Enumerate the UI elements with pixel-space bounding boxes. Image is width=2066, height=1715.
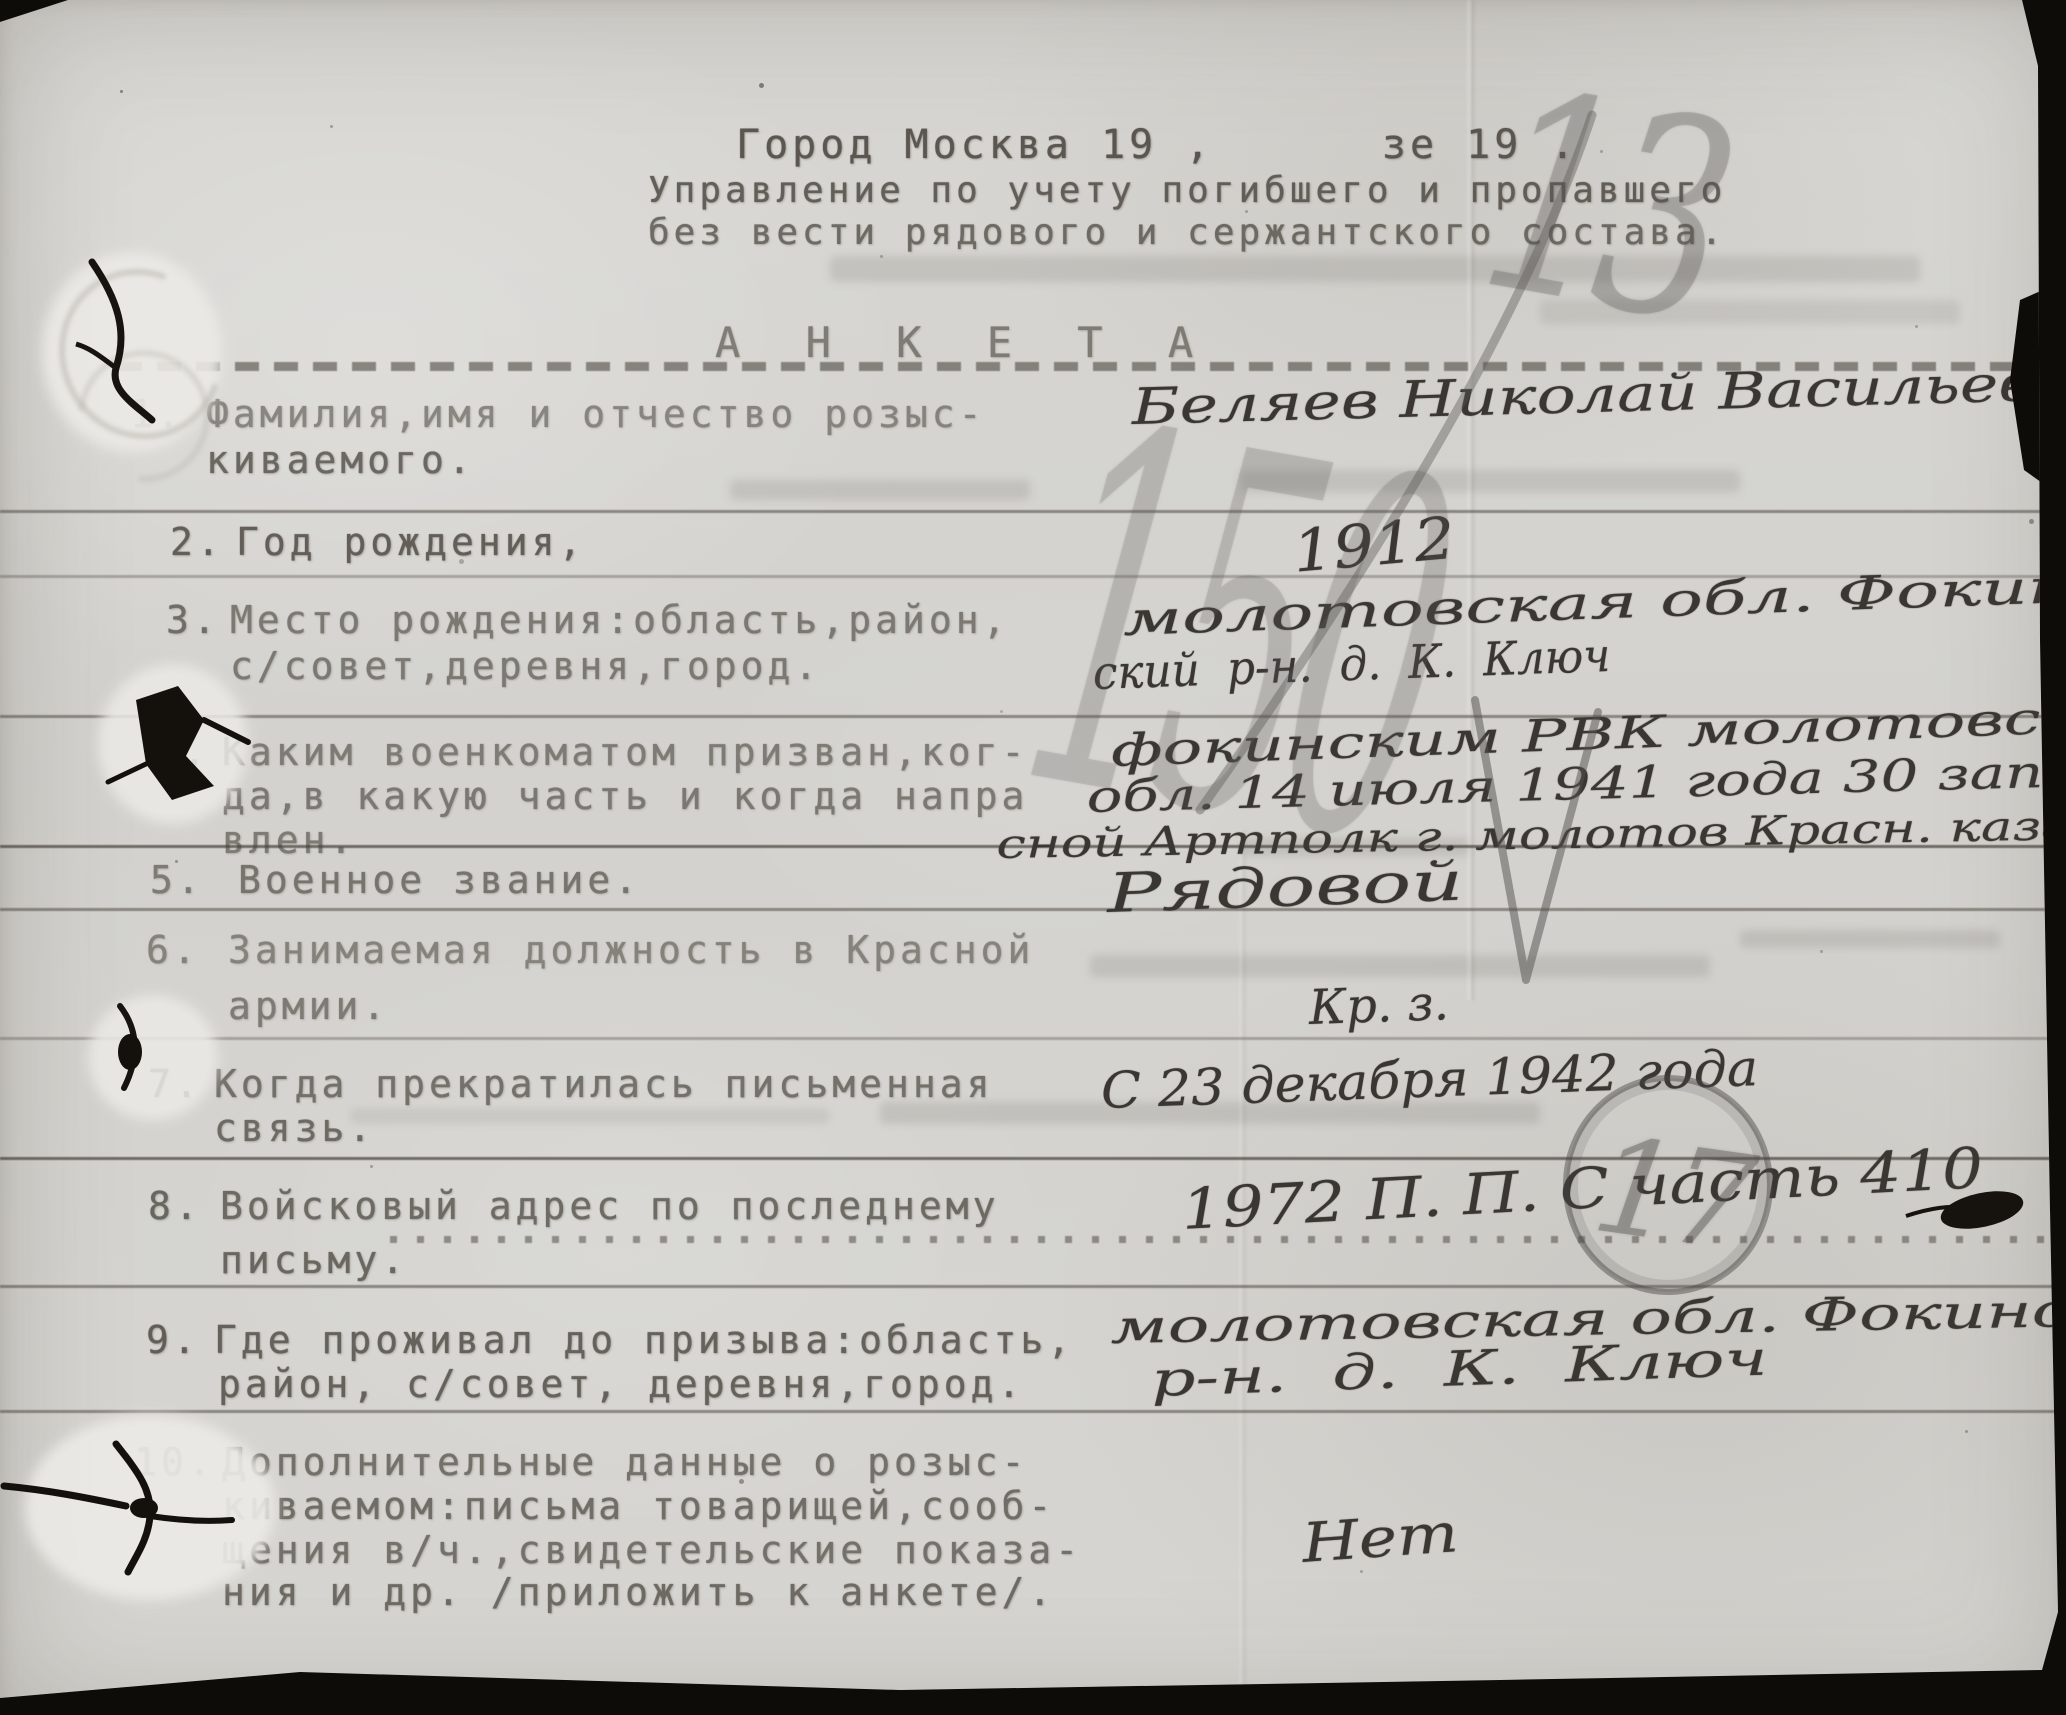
scanned-document: { "header": { "line1": "Город Москва 19 … xyxy=(0,0,2066,1715)
item-number: 3. xyxy=(166,598,220,642)
handwritten-answer: Нет xyxy=(1300,1501,1460,1575)
question-line: Фамилия,имя и отчество розыс- xyxy=(206,392,985,436)
pencil-number-13: 13 xyxy=(1464,30,1742,384)
handwritten-answer: Кр. з. xyxy=(1308,975,1450,1036)
paper-tear-patch xyxy=(88,995,218,1120)
paper-tear-patch xyxy=(25,1415,275,1600)
rule-line xyxy=(0,908,2066,911)
ghost-text-smudge xyxy=(730,480,1030,500)
handwritten-answer: 1972 П. П. С часть 410 xyxy=(1180,1136,1985,1243)
question-line: Где проживал до призыва:область, xyxy=(214,1318,1074,1362)
question-line: связь. xyxy=(214,1106,375,1150)
paper-sheet: Город Москва 19 , зе 19 . Управление по … xyxy=(0,0,2066,1715)
item-number: 8. xyxy=(148,1184,202,1228)
question-line: Войсковый адрес по последнему xyxy=(220,1184,999,1228)
question-line: Занимаемая должность в Красной xyxy=(228,928,1034,972)
question-line: Когда прекратилась письменная xyxy=(214,1062,993,1106)
ghost-text-smudge xyxy=(830,256,1920,282)
question-line: киваемого. xyxy=(206,438,475,482)
fold-crease-vertical xyxy=(1238,830,1247,1715)
header-city-date: Город Москва 19 , зе 19 . xyxy=(736,122,1578,168)
handwritten-answer: С 23 декабря 1942 года xyxy=(1100,1039,1759,1120)
item-number: 6. xyxy=(146,928,200,972)
question-line: Место рождения:область,район, xyxy=(230,598,1009,642)
question-line: Год рождения, xyxy=(236,520,585,564)
question-line: Дополнительные данные о розыс- xyxy=(222,1440,1028,1484)
rule-line xyxy=(0,510,2066,513)
ghost-text-smudge xyxy=(1090,955,1710,977)
question-line: да,в какую часть и когда напра xyxy=(222,774,1028,818)
question-line: Каким военкоматом призван,ког- xyxy=(222,730,1028,774)
question-line: с/совет,деревня,город. xyxy=(230,644,821,688)
stamp-number-17: 17 xyxy=(1585,1108,1757,1282)
question-line: письму. xyxy=(220,1238,408,1282)
rule-line xyxy=(0,1285,2066,1288)
item-number: 5. xyxy=(150,858,204,902)
question-line: Военное звание. xyxy=(238,858,641,902)
question-line: ния и др. /приложить к анкете/. xyxy=(222,1570,1055,1614)
ink-blotch-tail xyxy=(1906,1207,1964,1216)
ghost-text-smudge xyxy=(350,1108,830,1124)
question-line: район, с/совет, деревня,город. xyxy=(218,1362,1024,1406)
item-number: 2. xyxy=(170,520,224,564)
question-line: киваемом:письма товарищей,сооб- xyxy=(222,1484,1055,1528)
ghost-text-smudge xyxy=(1740,930,2000,948)
question-line: щения в/ч.,свидетельские показа- xyxy=(222,1528,1082,1572)
paper-specks xyxy=(120,90,123,93)
rule-line xyxy=(0,1410,2066,1413)
paper-tear-patch xyxy=(98,664,248,824)
item-number: 9. xyxy=(146,1318,200,1362)
question-line: влен. xyxy=(222,818,356,862)
question-line: армии. xyxy=(228,984,389,1028)
